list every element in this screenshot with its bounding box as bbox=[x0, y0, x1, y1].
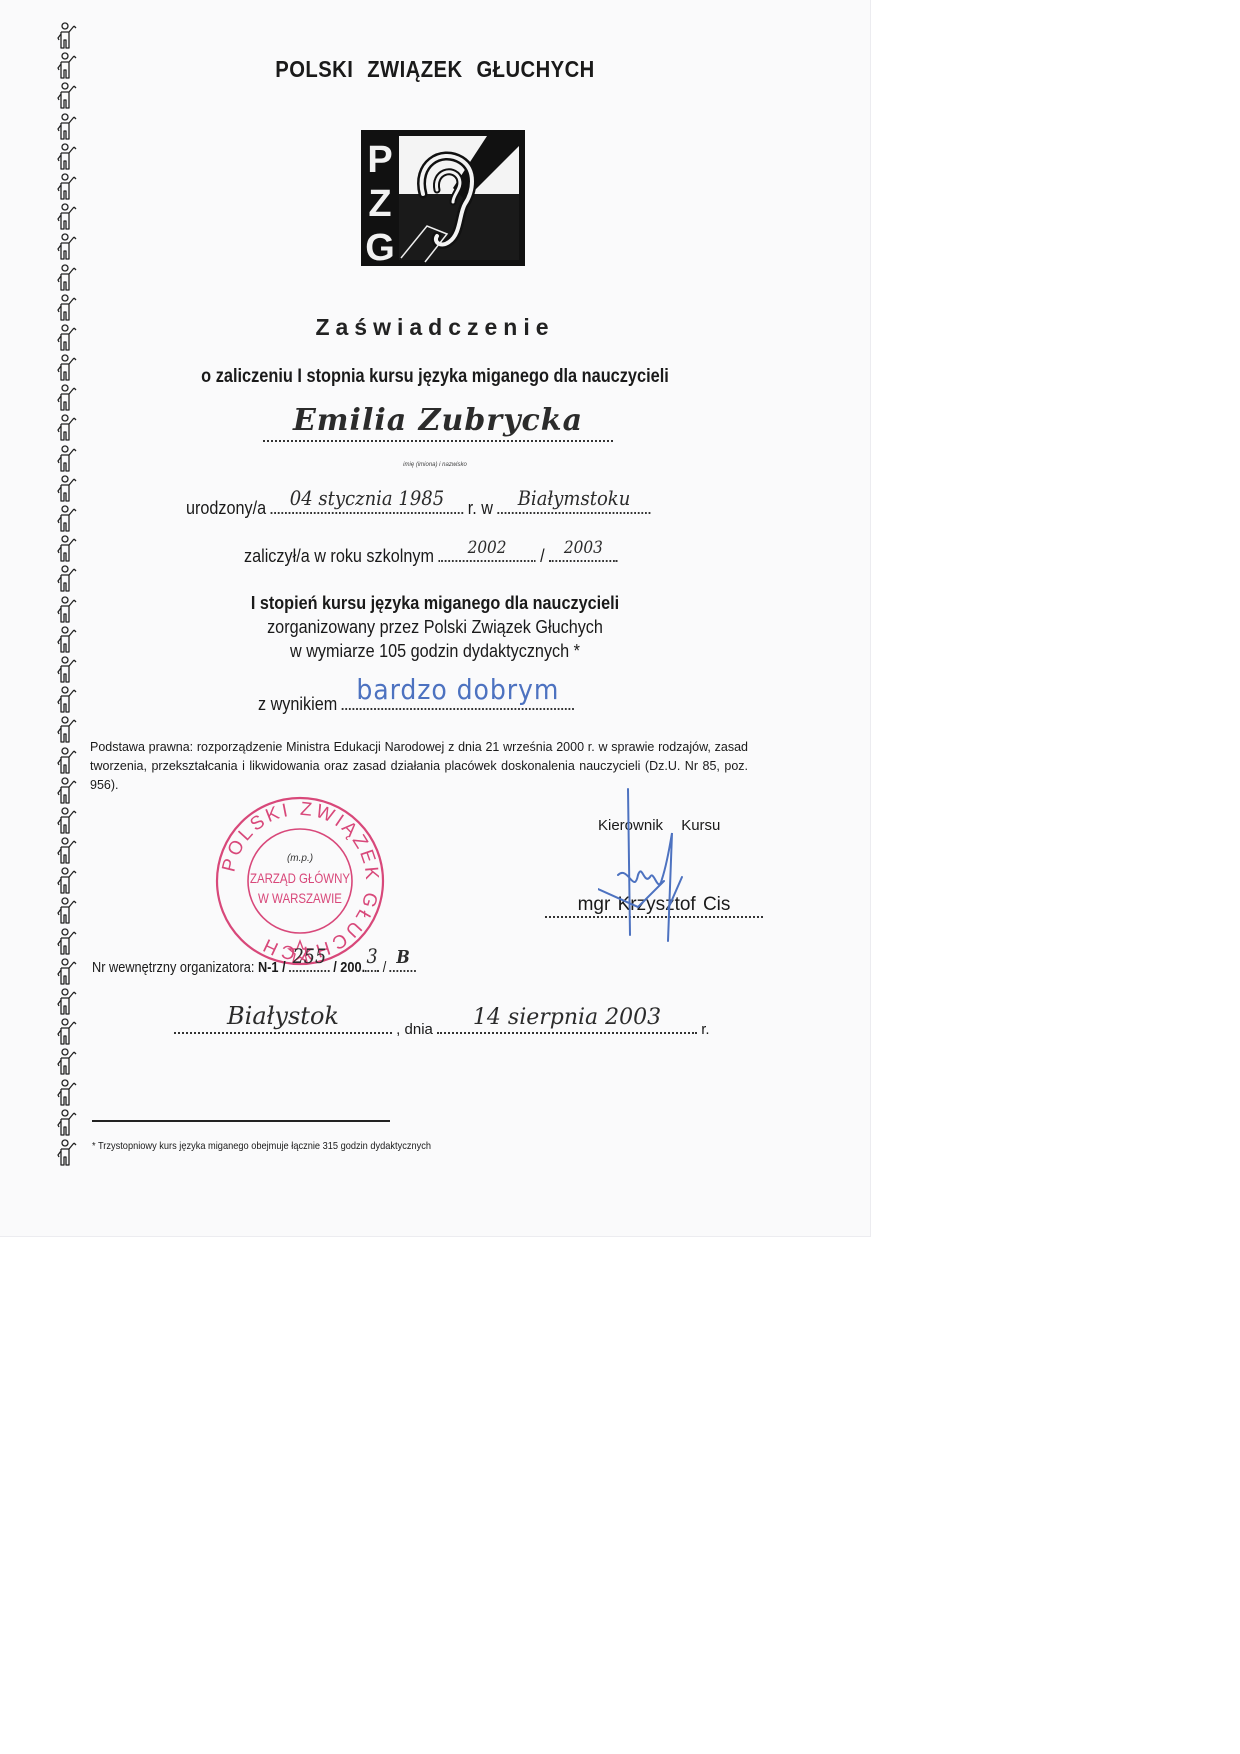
waving-figure-icon bbox=[56, 747, 78, 775]
waving-figure-icon bbox=[56, 505, 78, 533]
document-subtitle: o zaliczeniu I stopnia kursu języka miga… bbox=[61, 366, 809, 388]
waving-figure-icon bbox=[56, 535, 78, 563]
waving-figure-icon bbox=[56, 173, 78, 201]
person-name: Emilia Zubrycka bbox=[263, 403, 613, 438]
place-date-line: Białystok , dnia 14 sierpnia 2003 r. bbox=[174, 1014, 710, 1038]
birth-date: 04 stycznia 1985 bbox=[271, 486, 464, 510]
place-connector: r. w bbox=[468, 498, 493, 518]
internal-number-value: 255 bbox=[289, 944, 329, 968]
waving-figure-icon bbox=[56, 82, 78, 110]
school-year-line: zaliczył/a w roku szkolnym 2002 / 2003 bbox=[244, 542, 618, 567]
waving-figure-icon bbox=[56, 988, 78, 1016]
waving-figure-icon bbox=[56, 777, 78, 805]
internal-number-slash: / bbox=[383, 960, 387, 976]
waving-figure-icon bbox=[56, 565, 78, 593]
waving-figure-icon bbox=[56, 928, 78, 956]
waving-figure-icon bbox=[56, 414, 78, 442]
waving-figure-icon bbox=[56, 686, 78, 714]
internal-number-letter: B bbox=[390, 947, 416, 968]
result-line: z wynikiem bardzo dobrym bbox=[258, 690, 574, 715]
logo-letter-p: P bbox=[367, 139, 392, 181]
waving-figure-icon bbox=[56, 233, 78, 261]
document-title: Zaświadczenie bbox=[0, 314, 870, 341]
date-suffix: r. bbox=[701, 1021, 709, 1038]
waving-figure-icon bbox=[56, 22, 78, 50]
result-label: z wynikiem bbox=[258, 694, 337, 714]
school-year-label: zaliczył/a w roku szkolnym bbox=[244, 546, 434, 566]
school-year-start: 2002 bbox=[438, 538, 535, 558]
internal-number-label: Nr wewnętrzny organizatora: bbox=[92, 960, 254, 976]
svg-text:G: G bbox=[365, 227, 395, 266]
svg-text:ZARZĄD GŁÓWNY: ZARZĄD GŁÓWNY bbox=[250, 870, 351, 886]
waving-figure-icon bbox=[56, 143, 78, 171]
certificate-page: POLSKI ZWIĄZEK GŁUCHYCH P Z G Zaświadcze… bbox=[0, 0, 871, 1237]
course-name: I stopień kursu języka miganego dla nauc… bbox=[44, 592, 827, 615]
waving-figure-icon bbox=[56, 203, 78, 231]
official-stamp: POLSKI ZWIĄZEK GŁUCHYCH (m.p.) ZARZĄD GŁ… bbox=[214, 795, 386, 967]
waving-figure-icon bbox=[56, 475, 78, 503]
course-hours: w wymiarze 105 godzin dydaktycznych * bbox=[44, 640, 827, 663]
waving-figure-icon bbox=[56, 384, 78, 412]
school-year-separator: / bbox=[540, 546, 545, 566]
waving-figure-icon bbox=[56, 716, 78, 744]
waving-figure-icon bbox=[56, 264, 78, 292]
school-year-end: 2003 bbox=[549, 538, 617, 558]
svg-text:(m.p.): (m.p.) bbox=[287, 853, 313, 864]
born-label: urodzony/a bbox=[186, 498, 266, 518]
birth-place: Białymstoku bbox=[498, 486, 651, 510]
internal-number-line: Nr wewnętrzny organizatora: N-1 / 255 / … bbox=[92, 956, 416, 976]
pzg-logo: P Z G bbox=[361, 130, 525, 266]
waving-figure-icon bbox=[56, 445, 78, 473]
waving-figure-icon bbox=[56, 807, 78, 835]
day-label: , dnia bbox=[396, 1021, 433, 1038]
waving-figure-icon bbox=[56, 1139, 78, 1167]
birth-line: urodzony/a 04 stycznia 1985 r. w Białyms… bbox=[186, 494, 651, 519]
waving-figure-icon bbox=[56, 1079, 78, 1107]
waving-figure-icon bbox=[56, 958, 78, 986]
result-value: bardzo dobrym bbox=[342, 673, 574, 706]
svg-text:Z: Z bbox=[368, 183, 391, 225]
waving-figure-icon bbox=[56, 1048, 78, 1076]
waving-figure-icon bbox=[56, 1018, 78, 1046]
handwritten-signature bbox=[598, 785, 708, 945]
waving-figure-icon bbox=[56, 1109, 78, 1137]
svg-text:W WARSZAWIE: W WARSZAWIE bbox=[258, 890, 342, 906]
footnote-divider bbox=[92, 1120, 390, 1122]
internal-number-year-prefix: / 200. bbox=[333, 960, 365, 976]
organization-name: POLSKI ZWIĄZEK GŁUCHYCH bbox=[52, 56, 818, 83]
waving-figure-icon bbox=[56, 897, 78, 925]
waving-figure-icon bbox=[56, 837, 78, 865]
internal-number-prefix: N-1 / bbox=[258, 960, 286, 976]
waving-figure-icon bbox=[56, 113, 78, 141]
name-line: Emilia Zubrycka bbox=[263, 422, 613, 447]
issue-place: Białystok bbox=[174, 1002, 392, 1030]
name-caption: imię (imiona) i nazwisko bbox=[0, 462, 870, 468]
course-organizer: zorganizowany przez Polski Związek Głuch… bbox=[44, 616, 827, 639]
internal-number-year-digit: 3 bbox=[365, 944, 379, 968]
waving-figure-icon bbox=[56, 867, 78, 895]
issue-date: 14 sierpnia 2003 bbox=[437, 1005, 697, 1030]
footnote: * Trzystopniowy kurs języka miganego obe… bbox=[92, 1140, 431, 1152]
